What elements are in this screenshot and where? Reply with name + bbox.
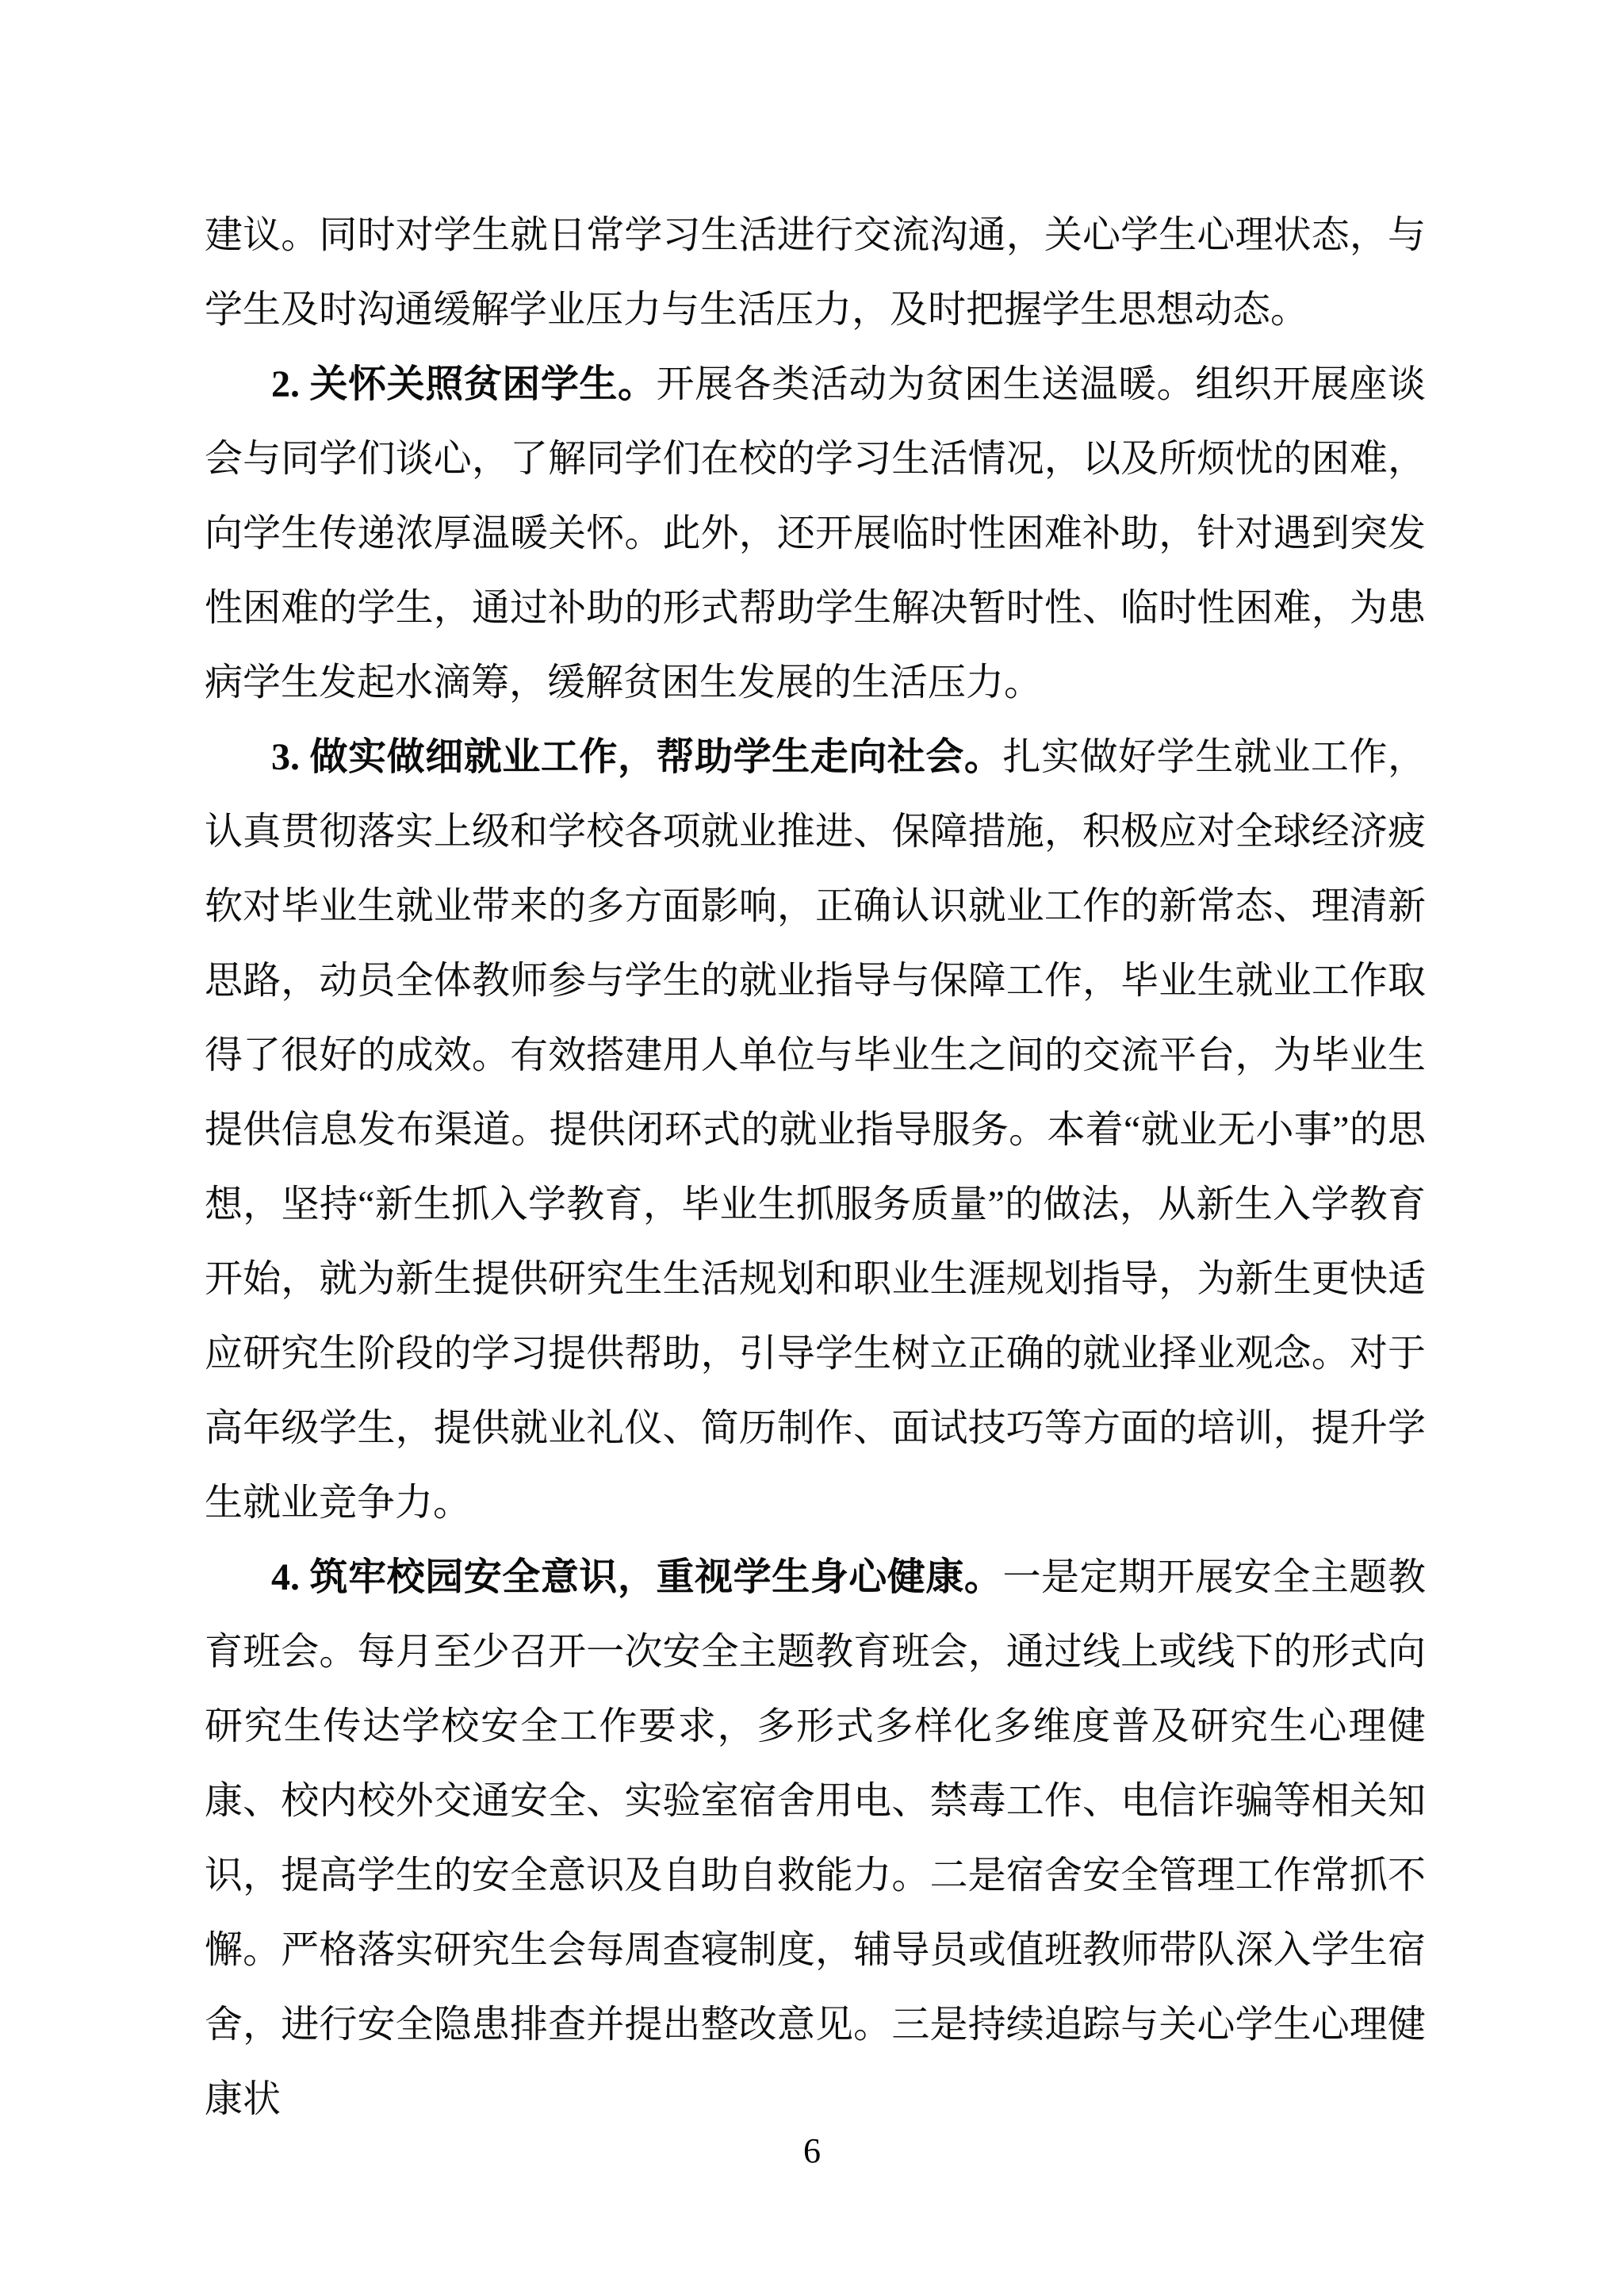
paragraph-lead: 3. 做实做细就业工作，帮助学生走向社会。 [271,736,1002,778]
page-number: 6 [0,2131,1624,2172]
paragraph-lead: 4. 筑牢校园安全意识，重视学生身心健康。 [271,1556,1002,1598]
paragraph-text: 建议。同时对学生就日常学习生活进行交流沟通，关心学生心理状态，与学生及时沟通缓解… [205,214,1426,331]
paragraph-text: 一是定期开展安全主题教育班会。每月至少召开一次安全主题教育班会，通过线上或线下的… [205,1556,1426,2120]
paragraph-lead: 2. 关怀关照贫困学生。 [271,363,657,405]
document-page: 建议。同时对学生就日常学习生活进行交流沟通，关心学生心理状态，与学生及时沟通缓解… [0,0,1624,2286]
paragraph: 2. 关怀关照贫困学生。开展各类活动为贫困生送温暖。组织开展座谈会与同学们谈心，… [205,347,1426,720]
paragraph-text: 开展各类活动为贫困生送温暖。组织开展座谈会与同学们谈心，了解同学们在校的学习生活… [205,363,1426,704]
paragraph-text: 扎实做好学生就业工作，认真贯彻落实上级和学校各项就业推进、保障措施，积极应对全球… [205,736,1426,1524]
paragraph: 建议。同时对学生就日常学习生活进行交流沟通，关心学生心理状态，与学生及时沟通缓解… [205,198,1426,347]
paragraph: 3. 做实做细就业工作，帮助学生走向社会。扎实做好学生就业工作，认真贯彻落实上级… [205,720,1426,1540]
document-body: 建议。同时对学生就日常学习生活进行交流沟通，关心学生心理状态，与学生及时沟通缓解… [205,198,1426,2137]
paragraph: 4. 筑牢校园安全意识，重视学生身心健康。一是定期开展安全主题教育班会。每月至少… [205,1540,1426,2137]
